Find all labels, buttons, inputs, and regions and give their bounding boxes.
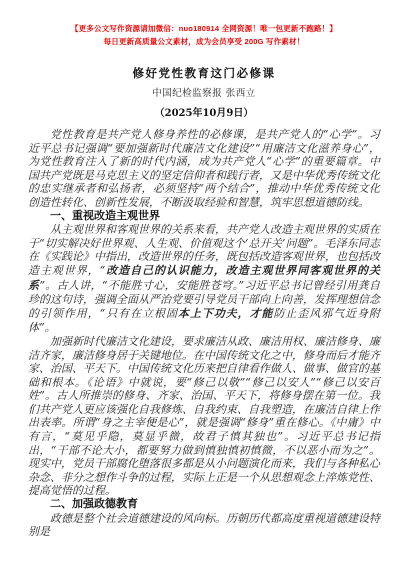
text-segment: 二、加强政德教育 <box>50 498 138 510</box>
document-body: 党性教育是共产党人修身养性的必修课，是共产党人的“心学”。习近平总书记强调“要加… <box>28 128 380 539</box>
document-page: 【更多公文写作资源请加微信：nuo180914 全网资源！唯一包更新不跑路！】 … <box>0 0 408 580</box>
body-paragraph: 从主观世界和客观世界的关系来看，共产党人改造主观世界的实质在于“切实解决好世界观… <box>28 223 380 335</box>
body-paragraph: 政德是整个社会道德建设的风向标。历朝历代都高度重视道德建设特别是 <box>28 512 380 539</box>
text-segment: 政德是整个社会道德建设的风向标。历朝历代都高度重视道德建设特别是 <box>28 512 380 539</box>
text-segment: 党性教育是共产党人修身养性的必修课，是共产党人的“心学”。习近平总书记强调“要加… <box>28 128 380 209</box>
section-heading: 二、加强政德教育 <box>28 498 380 512</box>
bold-text-segment: 本上下功夫，才能 <box>178 308 274 320</box>
document-byline: 中国纪检监察报 张西立 <box>0 85 408 99</box>
promo-notice: 【更多公文写作资源请加微信：nuo180914 全网资源！唯一包更新不跑路！】 … <box>0 0 408 48</box>
body-paragraph: 加强新时代廉洁文化建设，要求廉洁从政、廉洁用权、廉洁修身、廉洁齐家，廉洁修身居于… <box>28 335 380 498</box>
publish-date: （2025年10月9日） <box>0 104 408 119</box>
promo-notice-line-2: 每日更新高质量公文素材，成为会员享受 200G 写作素材！ <box>0 35 408 48</box>
body-paragraph: 党性教育是共产党人修身养性的必修课，是共产党人的“心学”。习近平总书记强调“要加… <box>28 128 380 210</box>
text-segment: 加强新时代廉洁文化建设，要求廉洁从政、廉洁用权、廉洁修身、廉洁齐家，廉洁修身居于… <box>28 335 380 498</box>
section-heading: 一、重视改造主观世界 <box>28 210 380 224</box>
promo-notice-line-1: 【更多公文写作资源请加微信：nuo180914 全网资源！唯一包更新不跑路！】 <box>0 22 408 35</box>
text-segment: 一、重视改造主观世界 <box>50 210 160 222</box>
document-title: 修好党性教育这门必修课 <box>0 65 408 81</box>
